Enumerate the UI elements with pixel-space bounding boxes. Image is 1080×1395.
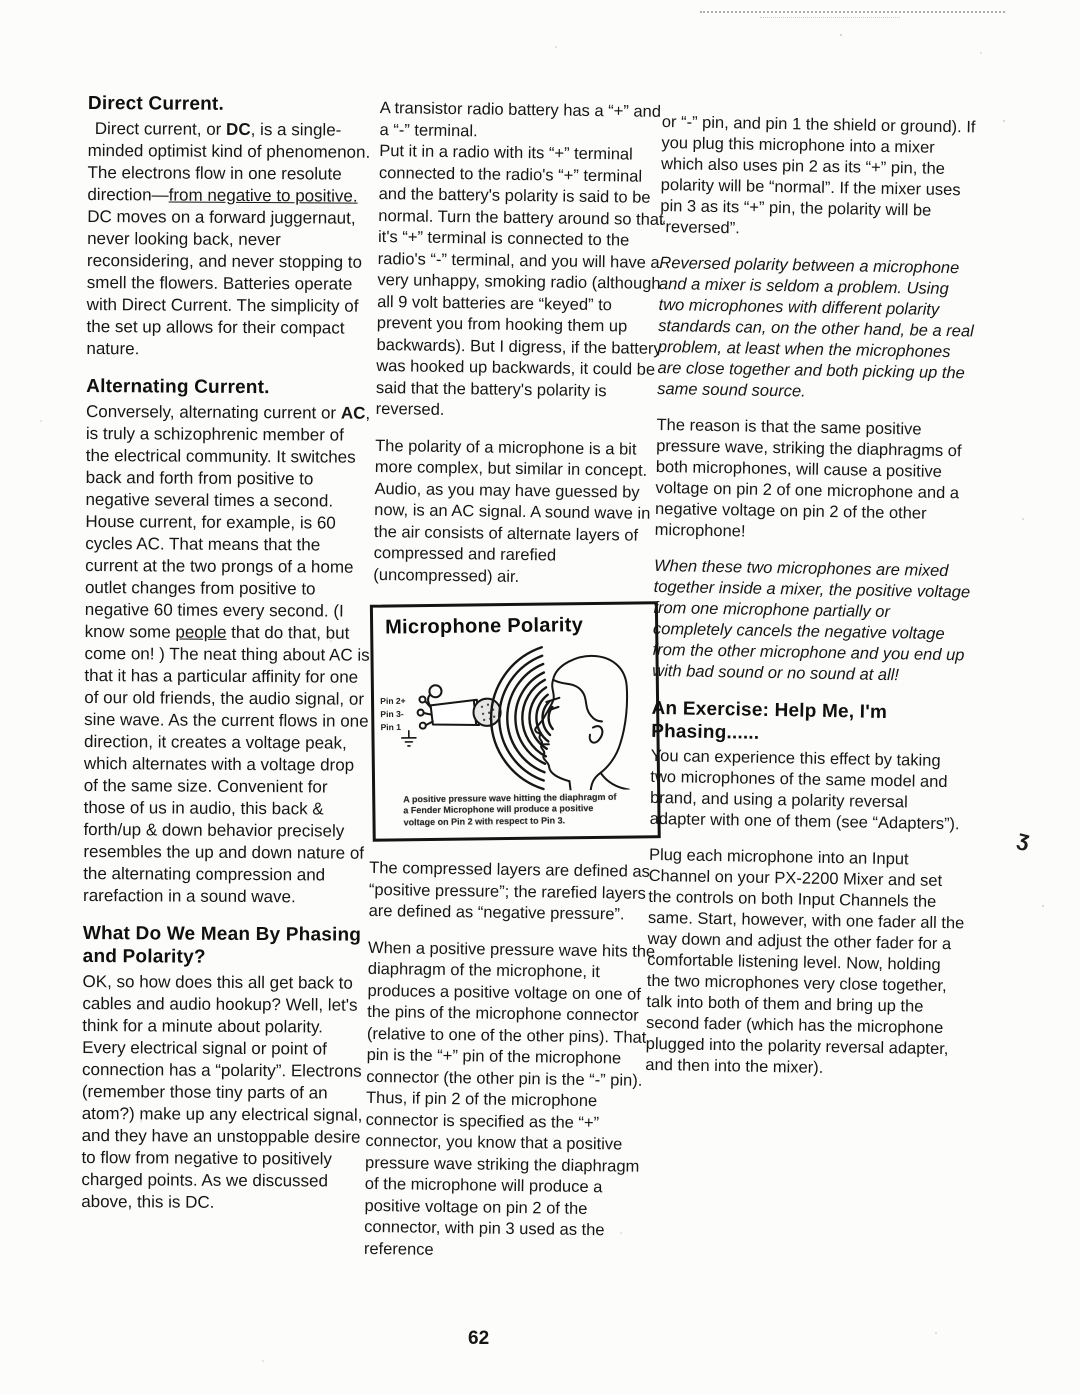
column-2: A transistor radio battery has a “+” and…: [364, 98, 668, 1279]
paragraph-alternating-current: Conversely, alternating current or AC, i…: [83, 401, 372, 909]
paragraph-battery-polarity: Put it in a radio with its “+” terminal …: [375, 141, 667, 424]
paragraph-reversed-polarity-note: Reversed polarity between a microphone a…: [657, 253, 978, 406]
paragraph-microphone-polarity-intro: The polarity of a microphone is a bit mo…: [373, 435, 663, 590]
scan-noise-specks: [0, 0, 2, 2]
paragraph-direct-current: Direct current, or DC, is a single-minde…: [86, 118, 373, 362]
paragraph-exercise-steps: Plug each microphone into an Input Chann…: [645, 845, 967, 1082]
paragraph-mixed-together-note: When these two microphones are mixed tog…: [652, 556, 972, 688]
pin-3-label: Pin 3-: [380, 708, 404, 718]
paragraph-exercise-intro: You can experience this effect by taking…: [649, 746, 968, 836]
scan-artifact-dotted-line-2: [760, 17, 900, 18]
scanned-manual-page: ʒ Direct Current. Direct current, or DC,…: [0, 0, 1080, 1395]
paragraph-battery-intro: A transistor radio battery has a “+” and…: [379, 98, 668, 145]
paragraph-pressure-definitions: The compressed layers are defined as “po…: [368, 858, 657, 927]
microphone-polarity-figure: Microphone Polarity: [370, 601, 661, 842]
column-1: Direct Current. Direct current, or DC, i…: [81, 92, 374, 1230]
heading-direct-current: Direct Current.: [88, 92, 374, 117]
heading-what-do-we-mean: What Do We Mean By Phasing and Polarity?: [83, 922, 369, 970]
paragraph-phasing-polarity: OK, so how does this all get back to cab…: [81, 971, 368, 1215]
figure-illustration: Pin 2+ Pin 3- Pin 1: [377, 638, 631, 792]
pin-1-label: Pin 1: [380, 721, 401, 731]
paragraph-reason: The reason is that the same positive pre…: [655, 415, 975, 547]
scan-artifact-dotted-line: [700, 11, 1005, 13]
heading-exercise: An Exercise: Help Me, I'm Phasing......: [651, 697, 970, 749]
paragraph-pin-continued: or “-” pin, and pin 1 the shield or grou…: [660, 112, 980, 244]
pin-2-label: Pin 2+: [380, 695, 406, 705]
figure-title: Microphone Polarity: [385, 614, 655, 639]
scan-artifact-ink-mark: ʒ: [1015, 825, 1033, 853]
column-3: or “-” pin, and pin 1 the shield or grou…: [645, 112, 980, 1096]
heading-alternating-current: Alternating Current.: [86, 375, 372, 400]
figure-caption: A positive pressure wave hitting the dia…: [403, 791, 617, 828]
paragraph-pin-voltage: When a positive pressure wave hits the d…: [364, 937, 656, 1263]
ground-symbol-icon: [402, 730, 416, 745]
page-number: 62: [468, 1328, 489, 1350]
microphone-illustration: [417, 684, 501, 728]
pin-labels: Pin 2+ Pin 3- Pin 1: [380, 695, 406, 731]
